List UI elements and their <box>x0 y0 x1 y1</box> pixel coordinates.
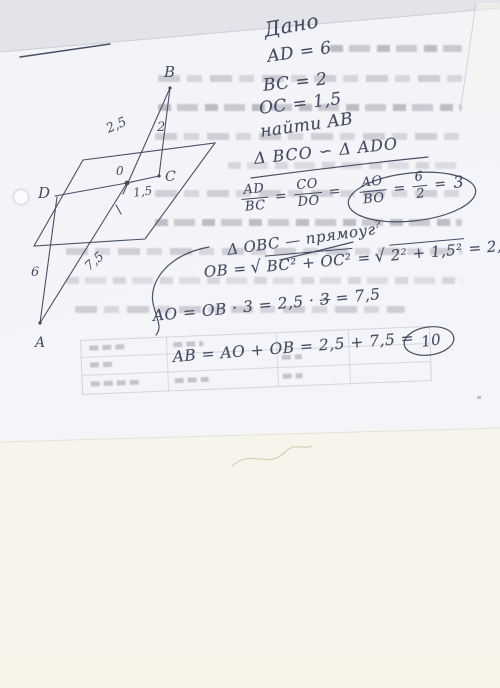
equals-sign: = <box>357 248 372 267</box>
label-AD-length: 6 <box>31 265 39 280</box>
fraction-ad-bc: AD BC <box>240 182 269 216</box>
equals-sign: = <box>393 180 407 197</box>
scanned-page: B 2,5 2 0 C 1,5 D 6 7,5 A Дано AD = 6 BC… <box>0 0 500 688</box>
bleed-text-line <box>155 219 462 226</box>
ratio-result: 3 <box>452 172 465 192</box>
point-B <box>168 86 171 89</box>
label-OC-length: 1,5 <box>132 183 153 200</box>
fraction-co-do: CO DO <box>293 177 323 211</box>
equals-sign: = <box>328 183 342 200</box>
label-A: A <box>33 335 45 351</box>
radical-sign: √ <box>250 257 263 278</box>
equals-sign: = <box>274 188 288 205</box>
radical-sign: √ <box>374 246 387 267</box>
label-O: 0 <box>116 164 124 178</box>
line-B-C <box>159 88 170 176</box>
line-D-O-C <box>55 176 159 196</box>
page-crease-line <box>461 3 476 106</box>
hole-punch <box>14 190 29 205</box>
given-ad: AD = 6 <box>266 38 333 67</box>
tick-mark <box>116 205 121 214</box>
fraction-ao-bo: AO BO <box>358 174 388 208</box>
diagram-points <box>38 86 171 324</box>
fraction-6-2: 6 2 <box>411 170 429 203</box>
struck-digit: 3 <box>319 290 331 309</box>
point-C <box>157 174 160 177</box>
scan-speck <box>477 396 481 399</box>
hole-punch-rim <box>13 189 30 206</box>
ob-lhs: OB = <box>203 259 247 281</box>
label-BO-length: 2,5 <box>103 115 129 138</box>
equals-sign: = <box>433 176 447 193</box>
label-C: C <box>165 169 176 185</box>
final-answer: 10 <box>420 330 442 351</box>
question-superscript: ? <box>374 219 381 231</box>
ao-computation: AO = OB · 3 = 2,5 · 3 = 7,5 <box>152 285 381 325</box>
bleed-text-line <box>330 45 462 52</box>
label-D: D <box>37 184 50 202</box>
point-O <box>125 181 130 186</box>
bleed-text-line <box>66 277 462 284</box>
ob-result: = 2,5 <box>468 236 500 258</box>
ratio-chain-left: AD BC = CO DO = <box>240 175 342 215</box>
radicand-numeric: 2² + 1,5² <box>389 238 465 264</box>
ratio-chain-circled: AO BO = 6 2 = 3 <box>358 166 466 208</box>
page-corner-fold <box>461 3 500 106</box>
point-A <box>38 321 41 324</box>
line-A-D <box>40 197 57 323</box>
